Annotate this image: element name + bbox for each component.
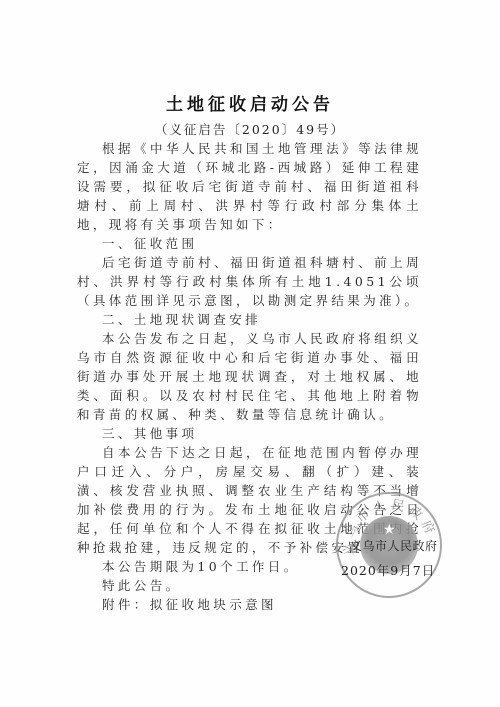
section-heading-survey: 二、土地现状调查安排 [77,310,422,329]
intro-paragraph: 根据《中华人民共和国土地管理法》等法律规定，因涌金大道（环城北路-西城路）延伸工… [77,139,422,234]
document-title: 土地征收启动公告 [0,90,500,115]
section-heading-other: 三、其他事项 [77,424,422,443]
issue-date: 2020年9月7日 [341,561,435,579]
survey-paragraph: 本公告发布之日起，义乌市人民政府将组织义乌市自然资源征收中心和后宅街道办事处、福… [77,329,422,424]
star-icon: ★ [383,522,396,538]
scope-paragraph: 后宅街道寺前村、福田街道祖科塘村、前上周村、洪界村等行政村集体所有土地1.405… [77,253,422,310]
document-page: 土地征收启动公告 （义征启告〔2020〕49号） 根据《中华人民共和国土地管理法… [0,0,500,707]
issuer-name: 义乌市人民政府 [350,537,438,554]
section-heading-scope: 一、征收范围 [77,234,422,253]
document-number: （义征启告〔2020〕49号） [0,120,500,138]
